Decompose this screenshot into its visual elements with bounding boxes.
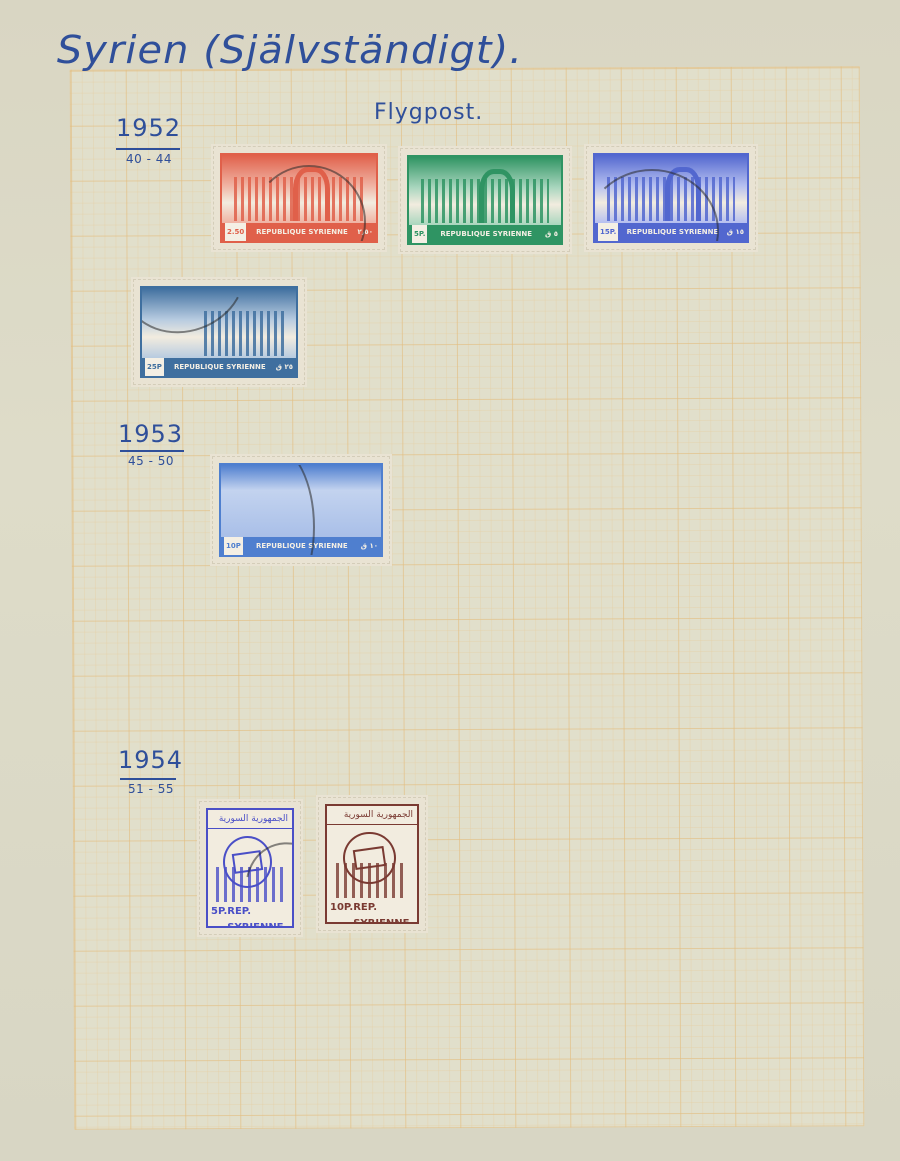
section-year-1953: 1953 [118,420,183,448]
stamp-1953-10p-blue[interactable]: 10P REPUBLIQUE SYRIENNE ١٠ ق [212,456,390,564]
stamp-1954-5p-violet[interactable]: الجمهورية السورية 5P. REP. SYRIENNE [199,801,301,935]
year-underline [120,778,176,780]
section-year-1952: 1952 [116,114,181,142]
postmark-cancel [231,463,315,557]
catalog-range-1952: 40 - 44 [126,152,172,166]
stamp-banner: 10P. REP. SYRIENNE [327,900,417,922]
page-subtitle: Flygpost. [374,100,483,125]
stamp-1954-10p-brown[interactable]: الجمهورية السورية 10P. REP. SYRIENNE [318,797,426,931]
catalog-range-1954: 51 - 55 [128,782,174,796]
stamp-banner: 5P. REPUBLIQUE SYRIENNE ٥ ق [409,225,561,243]
catalog-range-1953: 45 - 50 [128,454,174,468]
page-title: Syrien (Självständigt). [57,28,523,72]
album-page: Syrien (Självständigt). Flygpost. 1952 4… [0,0,900,1161]
stamp-1952-15p-blue[interactable]: 15P. REPUBLIQUE SYRIENNE ١٥ ق [586,146,756,250]
stamp-1952-5p-green[interactable]: 5P. REPUBLIQUE SYRIENNE ٥ ق [400,148,570,252]
stamp-1952-25p-slate-blue[interactable]: 25P REPUBLIQUE SYRIENNE ٢٥ ق [133,279,305,385]
stamp-vignette [409,157,561,225]
post-office-building [336,863,408,898]
section-year-1954: 1954 [118,746,183,774]
stamp-banner: 25P REPUBLIQUE SYRIENNE ٢٥ ق [142,358,296,376]
year-underline [120,450,184,452]
year-underline [116,148,180,150]
stamp-1952-2-50p-red[interactable]: 2.50 REPUBLIQUE SYRIENNE ٢٫٥٠ [213,146,385,250]
stamp-arabic-header: الجمهورية السورية [327,806,417,825]
stamp-arabic-header: الجمهورية السورية [208,810,292,829]
